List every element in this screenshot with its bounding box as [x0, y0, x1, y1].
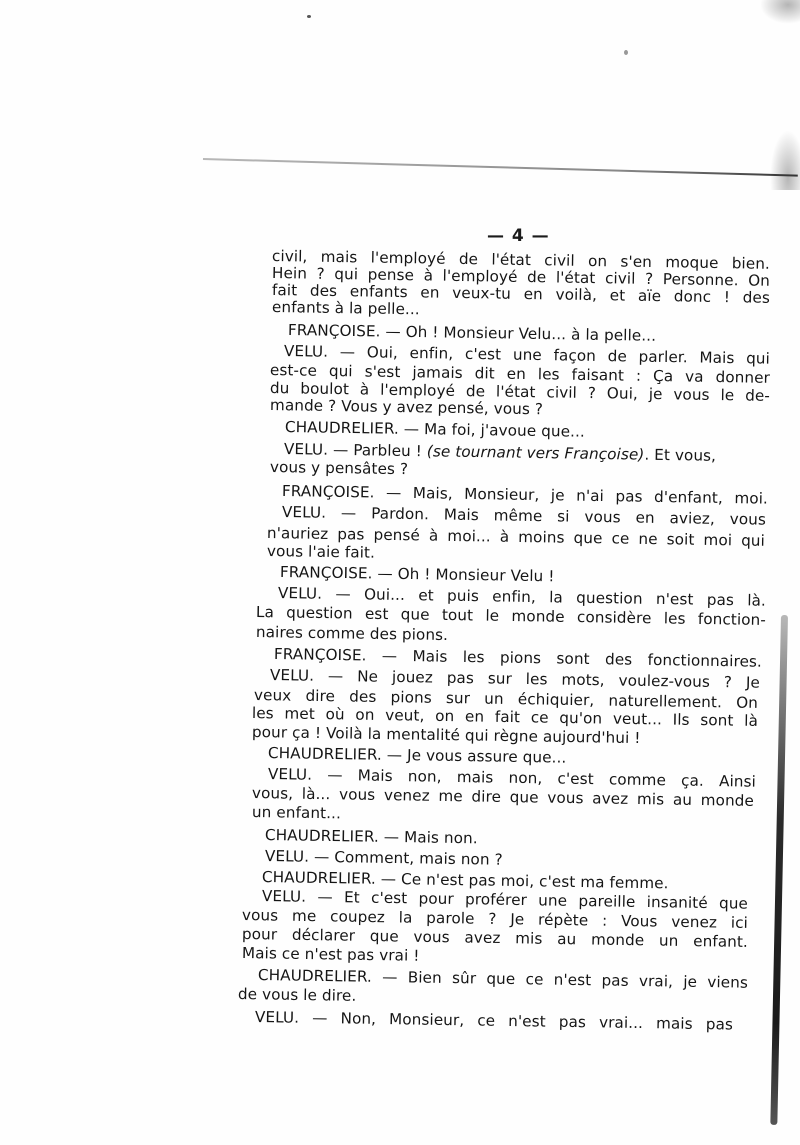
line-segment: VELU. — Parbleu !	[284, 440, 427, 460]
scanned-page: — 4 — civil, mais l'employé de l'état ci…	[0, 0, 800, 1145]
scan-speck	[307, 15, 311, 18]
text-line: Mais ce n'est pas vrai !	[242, 944, 420, 965]
text-line: CHAUDRELIER. — Mais non.	[265, 826, 478, 847]
scan-smudge	[760, 0, 800, 24]
scan-smudge	[770, 130, 800, 190]
text-line: VELU. — Non, Monsieur, ce n'est pas vrai…	[255, 1008, 733, 1034]
text-line: mande ? Vous y avez pensé, vous ?	[270, 396, 543, 418]
text-line: un enfant...	[252, 803, 341, 822]
stage-direction: (se tournant vers Françoise)	[427, 442, 645, 463]
scan-speck	[624, 50, 628, 55]
text-line: vous y pensâtes ?	[270, 458, 408, 478]
text-line: CHAUDRELIER. — Je vous assure que...	[268, 744, 567, 767]
text-line: naires comme des pions.	[256, 623, 448, 644]
text-line: vous l'aie fait.	[267, 542, 375, 562]
text-line: CHAUDRELIER. — Ma foi, j'avoue que...	[285, 418, 585, 441]
text-line: FRANÇOISE. — Oh ! Monsieur Velu !	[280, 563, 555, 585]
page-number: — 4 —	[487, 226, 550, 246]
line-segment: . Et vous,	[644, 446, 716, 465]
text-line: VELU. — Comment, mais non ?	[265, 847, 503, 869]
text-line: de vous le dire.	[238, 985, 357, 1005]
text-line: FRANÇOISE. — Oh ! Monsieur Velu... à la …	[288, 321, 656, 345]
page-edge-shadow	[770, 615, 788, 1125]
header-rule	[203, 158, 798, 177]
text-line: enfants à la pelle...	[272, 298, 420, 318]
